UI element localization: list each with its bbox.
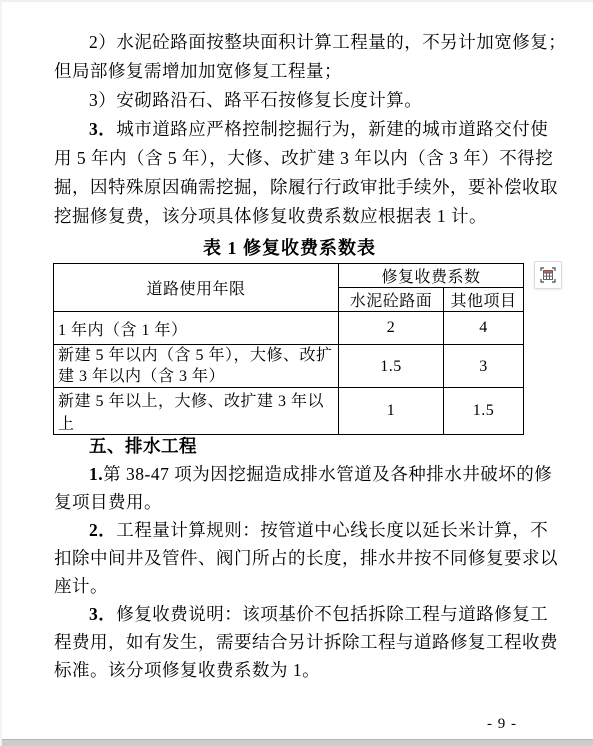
other-value: 3 [444, 345, 524, 388]
row-label: 新建 5 年以上，大修、改扩建 3 年以上 [54, 388, 339, 435]
header-other-items: 其他项目 [444, 288, 524, 312]
body-line: 程费用，如有发生，需要结合另计拆除工程与道路修复工程收费 [54, 628, 544, 656]
header-cement-pavement: 水泥砼路面 [339, 288, 444, 312]
header-road-years: 道路使用年限 [54, 264, 339, 312]
body-line: 掘，因特殊原因确需挖掘，除履行行政审批手续外，要补偿收取 [54, 173, 544, 202]
table-row: 1 年内（含 1 年） 2 4 [54, 312, 524, 345]
row-label: 新建 5 年以内（含 5 年），大修、改扩建 3 年以内（含 3 年） [54, 345, 339, 388]
line-text: 2）水泥砼路面按整块面积计算工程量的，不另计加宽修复； [89, 32, 566, 52]
body-line: 座计。 [54, 572, 544, 600]
line-text: 座计。 [54, 576, 108, 596]
table-row: 新建 5 年以上，大修、改扩建 3 年以上 1 1.5 [54, 388, 524, 435]
body-line: 挖掘修复费，该分项具体修复收费系数应根据表 1 计。 [54, 202, 544, 231]
body-line: 1.第 38-47 项为因挖掘造成排水管道及各种排水井破坏的修 [54, 460, 544, 488]
top-paragraphs: 2）水泥砼路面按整块面积计算工程量的，不另计加宽修复； 但局部修复需增加加宽修复… [54, 28, 544, 231]
line-text: 复项目费用。 [54, 492, 162, 512]
list-number: 3． [89, 119, 116, 139]
line-text: 掘，因特殊原因确需挖掘，除履行行政审批手续外，要补偿收取 [54, 177, 558, 197]
body-line: 扣除中间井及管件、阀门所占的长度，排水井按不同修复要求以 [54, 544, 544, 572]
list-number: 2． [89, 520, 116, 540]
table-caption: 表 1 修复收费系数表 [54, 233, 525, 263]
body-line: 但局部修复需增加加宽修复工程量； [54, 57, 544, 86]
section-heading: 五、排水工程 [54, 432, 544, 460]
body-line: 3）安砌路沿石、路平石按修复长度计算。 [54, 86, 544, 115]
cement-value: 1 [339, 388, 444, 435]
line-text: 标准。该分项修复收费系数为 1。 [54, 660, 320, 680]
bottom-paragraphs: 五、排水工程 1.第 38-47 项为因挖掘造成排水管道及各种排水井破坏的修 复… [54, 432, 544, 684]
list-number: 3． [89, 604, 116, 624]
line-text: 城市道路应严格控制挖掘行为，新建的城市道路交付使 [116, 119, 548, 139]
line-text: 第 38-47 项为因挖掘造成排水管道及各种排水井破坏的修 [103, 464, 552, 484]
line-text: 用 5 年内（含 5 年），大修、改扩建 3 年以内（含 3 年）不得挖 [54, 148, 553, 168]
table-select-button[interactable] [534, 261, 562, 289]
line-text: 修复收费说明：该项基价不包括拆除工程与道路修复工 [116, 604, 548, 624]
table-row: 新建 5 年以内（含 5 年），大修、改扩建 3 年以内（含 3 年） 1.5 … [54, 345, 524, 388]
line-text: 但局部修复需增加加宽修复工程量； [54, 61, 342, 81]
other-value: 1.5 [444, 388, 524, 435]
body-line: 标准。该分项修复收费系数为 1。 [54, 656, 544, 684]
header-fee-group: 修复收费系数 [339, 264, 524, 288]
body-line: 2）水泥砼路面按整块面积计算工程量的，不另计加宽修复； [54, 28, 544, 57]
body-line: 2．工程量计算规则：按管道中心线长度以延长米计算，不 [54, 516, 544, 544]
fee-coefficient-table: 道路使用年限 修复收费系数 水泥砼路面 其他项目 1 年内（含 1 年） 2 4… [53, 263, 524, 435]
table-select-icon [539, 266, 557, 284]
row-label: 1 年内（含 1 年） [54, 312, 339, 345]
line-text: 程费用，如有发生，需要结合另计拆除工程与道路修复工程收费 [54, 632, 558, 652]
line-text: 3）安砌路沿石、路平石按修复长度计算。 [89, 90, 422, 110]
heading-text: 五、排水工程 [89, 436, 197, 456]
table-header-row: 道路使用年限 修复收费系数 [54, 264, 524, 288]
body-line: 3．城市道路应严格控制挖掘行为，新建的城市道路交付使 [54, 115, 544, 144]
other-value: 4 [444, 312, 524, 345]
cement-value: 1.5 [339, 345, 444, 388]
document-page: 2）水泥砼路面按整块面积计算工程量的，不另计加宽修复； 但局部修复需增加加宽修复… [0, 0, 593, 746]
line-text: 挖掘修复费，该分项具体修复收费系数应根据表 1 计。 [54, 206, 487, 226]
page-number: - 9 - [462, 714, 542, 734]
cement-value: 2 [339, 312, 444, 345]
body-line: 复项目费用。 [54, 488, 544, 516]
body-line: 3．修复收费说明：该项基价不包括拆除工程与道路修复工 [54, 600, 544, 628]
viewer-bottom-edge [2, 739, 593, 746]
line-text: 工程量计算规则：按管道中心线长度以延长米计算，不 [116, 520, 548, 540]
line-text: 扣除中间井及管件、阀门所占的长度，排水井按不同修复要求以 [54, 548, 558, 568]
list-number: 1. [89, 464, 103, 484]
body-line: 用 5 年内（含 5 年），大修、改扩建 3 年以内（含 3 年）不得挖 [54, 144, 544, 173]
